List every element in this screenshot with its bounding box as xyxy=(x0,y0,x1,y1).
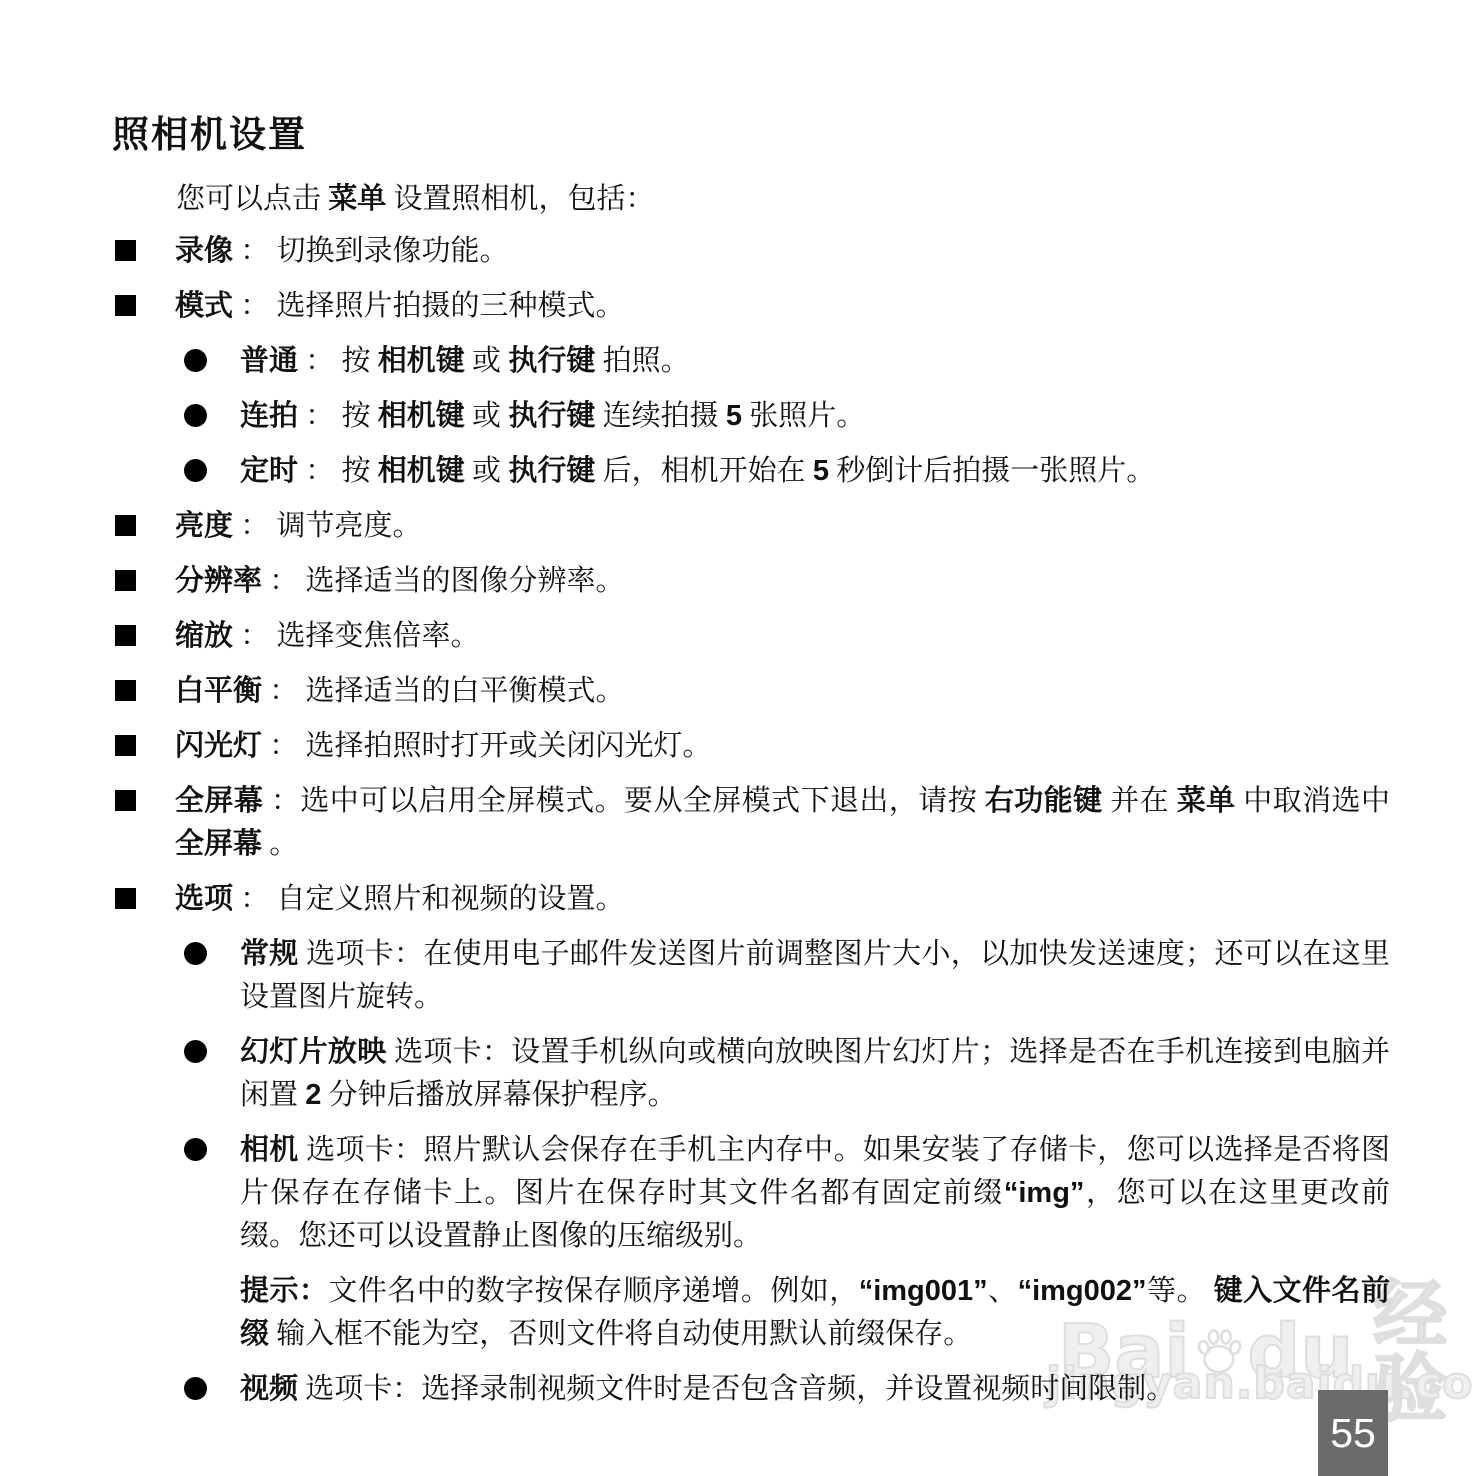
text-segment: 张照片。 xyxy=(742,400,865,432)
list-item-text: 分辨率 ： 选择适当的图像分辨率。 xyxy=(175,565,625,597)
list-item: 闪光灯 ： 选择拍照时打开或关闭闪光灯。 xyxy=(0,725,1390,768)
text-segment: 并在 xyxy=(1103,785,1177,817)
text-segment: ： 自定义照片和视频的设置。 xyxy=(233,883,625,915)
text-segment: ： 调节亮度。 xyxy=(233,510,422,542)
text-segment: ： 按 xyxy=(298,345,378,377)
document-page: 照相机设置 您可以点击 菜单 设置照相机，包括： 录像 ： 切换到录像功能。模式… xyxy=(0,0,1476,1476)
text-segment: 相机键 xyxy=(378,400,465,432)
square-bullet-icon xyxy=(115,888,136,909)
text-segment: 亮度 xyxy=(175,510,233,542)
text-segment: 缩放 xyxy=(175,620,233,652)
circle-bullet-icon xyxy=(184,1138,207,1161)
text-segment: 输入框不能为空，否则文件将自动使用默认前缀保存。 xyxy=(269,1318,972,1350)
list-item: 提示：文件名中的数字按保存顺序递增。例如，“img001”、“img002”等。… xyxy=(0,1270,1390,1356)
text-segment: 常规 xyxy=(240,938,299,970)
list-item: 亮度 ： 调节亮度。 xyxy=(0,505,1390,548)
list-item: 白平衡 ： 选择适当的白平衡模式。 xyxy=(0,670,1390,713)
text-segment: 或 xyxy=(465,455,509,487)
list-item: 连拍 ： 按 相机键 或 执行键 连续拍摄 5 张照片。 xyxy=(0,395,1390,438)
text-segment: ：选中可以启用全屏模式。要从全屏模式下退出，请按 xyxy=(263,785,985,817)
text-segment: ： 选择适当的白平衡模式。 xyxy=(262,675,625,707)
text-segment: ： 按 xyxy=(298,400,378,432)
text-segment: “img002” xyxy=(1018,1275,1147,1307)
text-segment: ： 选择拍照时打开或关闭闪光灯。 xyxy=(262,730,712,762)
text-segment: 等。 xyxy=(1147,1275,1214,1307)
text-segment: 普通 xyxy=(240,345,298,377)
text-segment: 右功能键 xyxy=(985,785,1103,817)
list-item: 选项 ： 自定义照片和视频的设置。 xyxy=(0,878,1390,921)
text-segment: 选项卡：选择录制视频文件时是否包含音频，并设置视频时间限制。 xyxy=(298,1373,1175,1405)
list-item: 全屏幕 ：选中可以启用全屏模式。要从全屏模式下退出，请按 右功能键 并在 菜单 … xyxy=(0,780,1390,866)
text-segment: 相机 xyxy=(240,1134,299,1166)
text-segment: ： 切换到录像功能。 xyxy=(233,235,509,267)
text-segment: 后，相机开始在 xyxy=(595,455,813,487)
list-item: 普通 ： 按 相机键 或 执行键 拍照。 xyxy=(0,340,1390,383)
text-segment: 连拍 xyxy=(240,400,298,432)
list-item-text: 闪光灯 ： 选择拍照时打开或关闭闪光灯。 xyxy=(175,730,712,762)
page-number-badge: 55 xyxy=(1318,1390,1388,1476)
list-item: 幻灯片放映 选项卡：设置手机纵向或横向放映图片幻灯片；选择是否在手机连接到电脑并… xyxy=(0,1031,1390,1117)
text-segment: 相机键 xyxy=(378,345,465,377)
text-segment: 您可以点击 xyxy=(176,183,328,215)
text-segment: “img001” xyxy=(859,1275,988,1307)
text-segment: 5 xyxy=(813,455,829,487)
text-segment: 视频 xyxy=(240,1373,298,1405)
list-item: 相机 选项卡：照片默认会保存在手机主内存中。如果安装了存储卡，您可以选择是否将图… xyxy=(0,1129,1390,1258)
text-segment: ： 按 xyxy=(298,455,378,487)
text-segment: 文件名中的数字按保存顺序递增。例如， xyxy=(328,1275,858,1307)
text-segment: 幻灯片放映 xyxy=(240,1036,387,1068)
text-segment: ： 选择照片拍摄的三种模式。 xyxy=(233,290,625,322)
text-segment: 。 xyxy=(262,828,298,860)
text-segment: 全屏幕 xyxy=(175,828,262,860)
text-segment: 提示： xyxy=(240,1275,328,1307)
list-item: 模式 ： 选择照片拍摄的三种模式。 xyxy=(0,285,1390,328)
list-item: 录像 ： 切换到录像功能。 xyxy=(0,230,1390,273)
page-title: 照相机设置 xyxy=(112,104,307,158)
circle-bullet-icon xyxy=(184,349,207,372)
square-bullet-icon xyxy=(115,295,136,316)
text-segment: 录像 xyxy=(175,235,233,267)
square-bullet-icon xyxy=(115,515,136,536)
list-item-text: 缩放 ： 选择变焦倍率。 xyxy=(175,620,480,652)
circle-bullet-icon xyxy=(184,1377,207,1400)
list-item-text: 提示：文件名中的数字按保存顺序递增。例如，“img001”、“img002”等。… xyxy=(240,1275,1390,1350)
list-item-text: 选项 ： 自定义照片和视频的设置。 xyxy=(175,883,625,915)
circle-bullet-icon xyxy=(184,942,207,965)
text-segment: 选项 xyxy=(175,883,233,915)
text-segment: 白平衡 xyxy=(175,675,262,707)
list-item-text: 普通 ： 按 相机键 或 执行键 拍照。 xyxy=(240,345,690,377)
square-bullet-icon xyxy=(115,240,136,261)
list-item: 分辨率 ： 选择适当的图像分辨率。 xyxy=(0,560,1390,603)
text-segment: 设置照相机，包括： xyxy=(386,183,654,215)
text-segment: 全屏幕 xyxy=(175,785,263,817)
list-item-text: 视频 选项卡：选择录制视频文件时是否包含音频，并设置视频时间限制。 xyxy=(240,1373,1175,1405)
list-item-text: 连拍 ： 按 相机键 或 执行键 连续拍摄 5 张照片。 xyxy=(240,400,865,432)
intro-paragraph: 您可以点击 菜单 设置照相机，包括： xyxy=(176,178,655,221)
text-segment: 或 xyxy=(465,345,509,377)
text-segment: 选项卡：在使用电子邮件发送图片前调整图片大小，以加快发送速度；还可以在这里设置图… xyxy=(240,938,1390,1013)
text-segment: 执行键 xyxy=(508,345,595,377)
square-bullet-icon xyxy=(115,680,136,701)
square-bullet-icon xyxy=(115,790,136,811)
page-number: 55 xyxy=(1330,1410,1376,1457)
text-segment: 5 xyxy=(726,400,742,432)
list-item: 视频 选项卡：选择录制视频文件时是否包含音频，并设置视频时间限制。 xyxy=(0,1368,1390,1411)
text-segment: 闪光灯 xyxy=(175,730,262,762)
text-segment: 、 xyxy=(988,1275,1018,1307)
list-item-text: 亮度 ： 调节亮度。 xyxy=(175,510,422,542)
text-segment: 或 xyxy=(465,400,509,432)
list-item-text: 定时 ： 按 相机键 或 执行键 后，相机开始在 5 秒倒计后拍摄一张照片。 xyxy=(240,455,1155,487)
square-bullet-icon xyxy=(115,570,136,591)
circle-bullet-icon xyxy=(184,1040,207,1063)
text-segment: 中取消选中 xyxy=(1236,785,1390,817)
text-segment: 模式 xyxy=(175,290,233,322)
text-segment: 分辨率 xyxy=(175,565,262,597)
text-segment: 定时 xyxy=(240,455,298,487)
list-item-text: 常规 选项卡：在使用电子邮件发送图片前调整图片大小，以加快发送速度；还可以在这里… xyxy=(240,938,1390,1013)
bullet-list: 录像 ： 切换到录像功能。模式 ： 选择照片拍摄的三种模式。普通 ： 按 相机键… xyxy=(0,230,1390,1423)
text-segment: 分钟后播放屏幕保护程序。 xyxy=(321,1079,676,1111)
list-item-text: 白平衡 ： 选择适当的白平衡模式。 xyxy=(175,675,625,707)
text-segment: 菜单 xyxy=(328,183,386,215)
list-item: 缩放 ： 选择变焦倍率。 xyxy=(0,615,1390,658)
text-segment: 秒倒计后拍摄一张照片。 xyxy=(829,455,1155,487)
list-item: 常规 选项卡：在使用电子邮件发送图片前调整图片大小，以加快发送速度；还可以在这里… xyxy=(0,933,1390,1019)
text-segment: “img” xyxy=(1004,1177,1085,1209)
text-segment: 拍照。 xyxy=(595,345,689,377)
text-segment: 执行键 xyxy=(508,455,595,487)
square-bullet-icon xyxy=(115,625,136,646)
list-item-text: 相机 选项卡：照片默认会保存在手机主内存中。如果安装了存储卡，您可以选择是否将图… xyxy=(240,1134,1390,1252)
list-item-text: 全屏幕 ：选中可以启用全屏模式。要从全屏模式下退出，请按 右功能键 并在 菜单 … xyxy=(175,785,1390,860)
square-bullet-icon xyxy=(115,735,136,756)
circle-bullet-icon xyxy=(184,459,207,482)
text-segment: 相机键 xyxy=(378,455,465,487)
text-segment: 连续拍摄 xyxy=(595,400,726,432)
text-segment: 菜单 xyxy=(1177,785,1236,817)
circle-bullet-icon xyxy=(184,404,207,427)
list-item-text: 录像 ： 切换到录像功能。 xyxy=(175,235,509,267)
text-segment: ： 选择适当的图像分辨率。 xyxy=(262,565,625,597)
text-segment: 2 xyxy=(305,1079,321,1111)
text-segment: 执行键 xyxy=(508,400,595,432)
list-item-text: 幻灯片放映 选项卡：设置手机纵向或横向放映图片幻灯片；选择是否在手机连接到电脑并… xyxy=(240,1036,1390,1111)
list-item: 定时 ： 按 相机键 或 执行键 后，相机开始在 5 秒倒计后拍摄一张照片。 xyxy=(0,450,1390,493)
text-segment: ： 选择变焦倍率。 xyxy=(233,620,480,652)
list-item-text: 模式 ： 选择照片拍摄的三种模式。 xyxy=(175,290,625,322)
